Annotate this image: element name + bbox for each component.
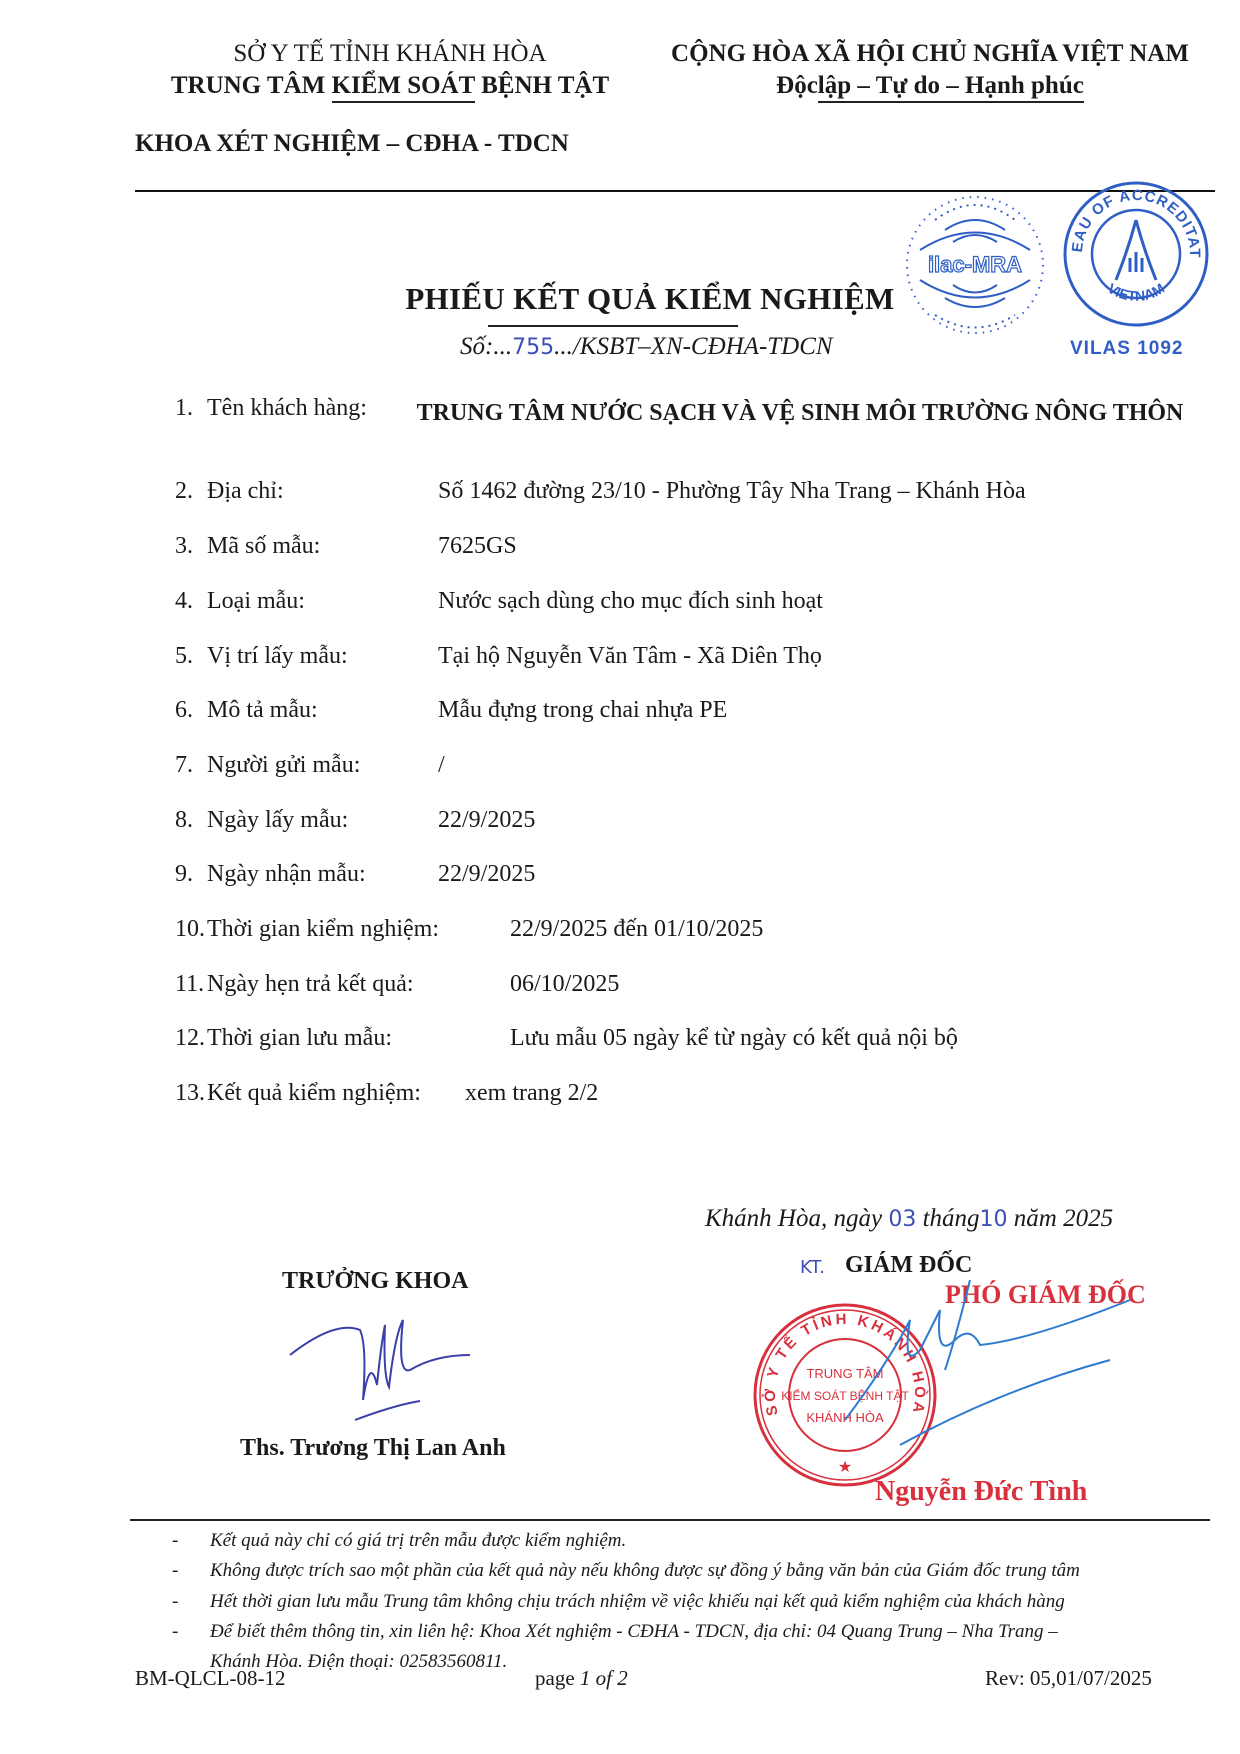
field-value: / bbox=[438, 752, 445, 779]
field-value: Nước sạch dùng cho mục đích sinh hoạt bbox=[438, 588, 823, 615]
handwritten-number: 755 bbox=[512, 335, 554, 360]
place-date-line: Khánh Hòa, ngày 03 tháng10 năm 2025 bbox=[705, 1205, 1113, 1233]
svg-text:VIETNAM: VIETNAM bbox=[1105, 280, 1167, 304]
right-signer-role: GIÁM ĐỐC bbox=[845, 1252, 972, 1279]
handwritten-month: 10 bbox=[980, 1207, 1008, 1232]
left-signer-role: TRƯỞNG KHOA bbox=[282, 1268, 468, 1295]
field-label: Thời gian lưu mẫu: bbox=[207, 1025, 392, 1052]
field-number: 1. bbox=[175, 395, 193, 422]
field-label: Mô tả mẫu: bbox=[207, 697, 318, 724]
field-value: Lưu mẫu 05 ngày kể từ ngày có kết quả nộ… bbox=[510, 1025, 958, 1052]
issuer-block: SỞ Y TẾ TỈNH KHÁNH HÒA TRUNG TÂM KIỂM SO… bbox=[120, 38, 660, 102]
svg-text:BUREAU OF ACCREDITATION: BUREAU OF ACCREDITATION bbox=[1062, 180, 1203, 259]
page-indicator: page 1 of 2 bbox=[535, 1666, 628, 1691]
right-signer-name: Nguyễn Đức Tình bbox=[875, 1476, 1087, 1508]
right-signature-icon bbox=[830, 1280, 1150, 1450]
document-number: Số:...755.../KSBT–XN-CĐHA-TDCN bbox=[460, 333, 833, 361]
field-number: 8. bbox=[175, 807, 193, 834]
field-value: 22/9/2025 bbox=[438, 807, 535, 834]
field-number: 13. bbox=[175, 1080, 205, 1107]
field-value: 7625GS bbox=[438, 533, 517, 560]
issuer-department: KHOA XÉT NGHIỆM – CĐHA - TDCN bbox=[135, 130, 569, 158]
header-divider bbox=[135, 190, 1215, 192]
note-bullet: - bbox=[172, 1591, 178, 1613]
revision: Rev: 05,01/07/2025 bbox=[985, 1666, 1152, 1691]
field-label: Ngày nhận mẫu: bbox=[207, 861, 366, 888]
field-label: Kết quả kiểm nghiệm: bbox=[207, 1080, 421, 1107]
field-value: Tại hộ Nguyễn Văn Tâm - Xã Diên Thọ bbox=[438, 643, 822, 670]
field-number: 11. bbox=[175, 971, 204, 998]
customer-name: TRUNG TÂM NƯỚC SẠCH VÀ VỆ SINH MÔI TRƯỜN… bbox=[410, 395, 1190, 431]
footer-divider bbox=[130, 1519, 1210, 1521]
field-value: 22/9/2025 bbox=[438, 861, 535, 888]
field-value: Số 1462 đường 23/10 - Phường Tây Nha Tra… bbox=[438, 478, 1026, 505]
field-label: Địa chỉ: bbox=[207, 478, 284, 505]
field-label: Mã số mẫu: bbox=[207, 533, 320, 560]
field-number: 3. bbox=[175, 533, 193, 560]
vilas-number: VILAS 1092 bbox=[1070, 338, 1184, 360]
field-label: Tên khách hàng: bbox=[207, 395, 367, 422]
national-motto: Độclập – Tự do – Hạnh phúc bbox=[650, 70, 1210, 102]
field-label: Vị trí lấy mẫu: bbox=[207, 643, 348, 670]
bureau-of-accreditation-seal-icon: BUREAU OF ACCREDITATION VIETNAM bbox=[1062, 180, 1210, 328]
field-value: Mẫu đựng trong chai nhựa PE bbox=[438, 697, 727, 724]
note-item: Để biết thêm thông tin, xin liên hệ: Kho… bbox=[210, 1621, 1058, 1643]
svg-text:ilac-MRA: ilac-MRA bbox=[928, 252, 1022, 277]
left-signer-name: Ths. Trương Thị Lan Anh bbox=[240, 1435, 506, 1462]
ilac-mra-logo-icon: ilac-MRA bbox=[905, 190, 1045, 340]
handwritten-day: 03 bbox=[888, 1207, 916, 1232]
note-item: Kết quả này chỉ có giá trị trên mẫu được… bbox=[210, 1530, 626, 1552]
field-label: Thời gian kiểm nghiệm: bbox=[207, 916, 439, 943]
field-number: 9. bbox=[175, 861, 193, 888]
national-header: CỘNG HÒA XÃ HỘI CHỦ NGHĨA VIỆT NAM Độclậ… bbox=[650, 38, 1210, 102]
issuer-ministry: SỞ Y TẾ TỈNH KHÁNH HÒA bbox=[120, 38, 660, 70]
issuer-center: TRUNG TÂM KIỂM SOÁT BỆNH TẬT bbox=[120, 70, 660, 102]
field-number: 12. bbox=[175, 1025, 205, 1052]
document-title: PHIẾU KẾT QUẢ KIỂM NGHIỆM bbox=[330, 281, 970, 317]
field-label: Người gửi mẫu: bbox=[207, 752, 360, 779]
field-number: 7. bbox=[175, 752, 193, 779]
kt-prefix: KT. bbox=[800, 1257, 825, 1278]
field-number: 4. bbox=[175, 588, 193, 615]
country-name: CỘNG HÒA XÃ HỘI CHỦ NGHĨA VIỆT NAM bbox=[650, 38, 1210, 70]
field-label: Ngày lấy mẫu: bbox=[207, 807, 348, 834]
note-bullet: - bbox=[172, 1621, 178, 1643]
field-value: 06/10/2025 bbox=[510, 971, 619, 998]
svg-text:★: ★ bbox=[838, 1459, 852, 1476]
field-value: xem trang 2/2 bbox=[465, 1080, 598, 1107]
field-number: 6. bbox=[175, 697, 193, 724]
field-number: 10. bbox=[175, 916, 205, 943]
field-value: 22/9/2025 đến 01/10/2025 bbox=[510, 916, 763, 943]
note-bullet: - bbox=[172, 1560, 178, 1582]
left-signature-icon bbox=[285, 1315, 485, 1425]
field-number: 2. bbox=[175, 478, 193, 505]
form-code: BM-QLCL-08-12 bbox=[135, 1666, 286, 1691]
field-label: Loại mẫu: bbox=[207, 588, 305, 615]
field-label: Ngày hẹn trả kết quả: bbox=[207, 971, 414, 998]
note-item: Hết thời gian lưu mẫu Trung tâm không ch… bbox=[210, 1591, 1065, 1613]
note-bullet: - bbox=[172, 1530, 178, 1552]
field-number: 5. bbox=[175, 643, 193, 670]
title-underline bbox=[488, 325, 738, 327]
note-item: Không được trích sao một phần của kết qu… bbox=[210, 1560, 1080, 1582]
